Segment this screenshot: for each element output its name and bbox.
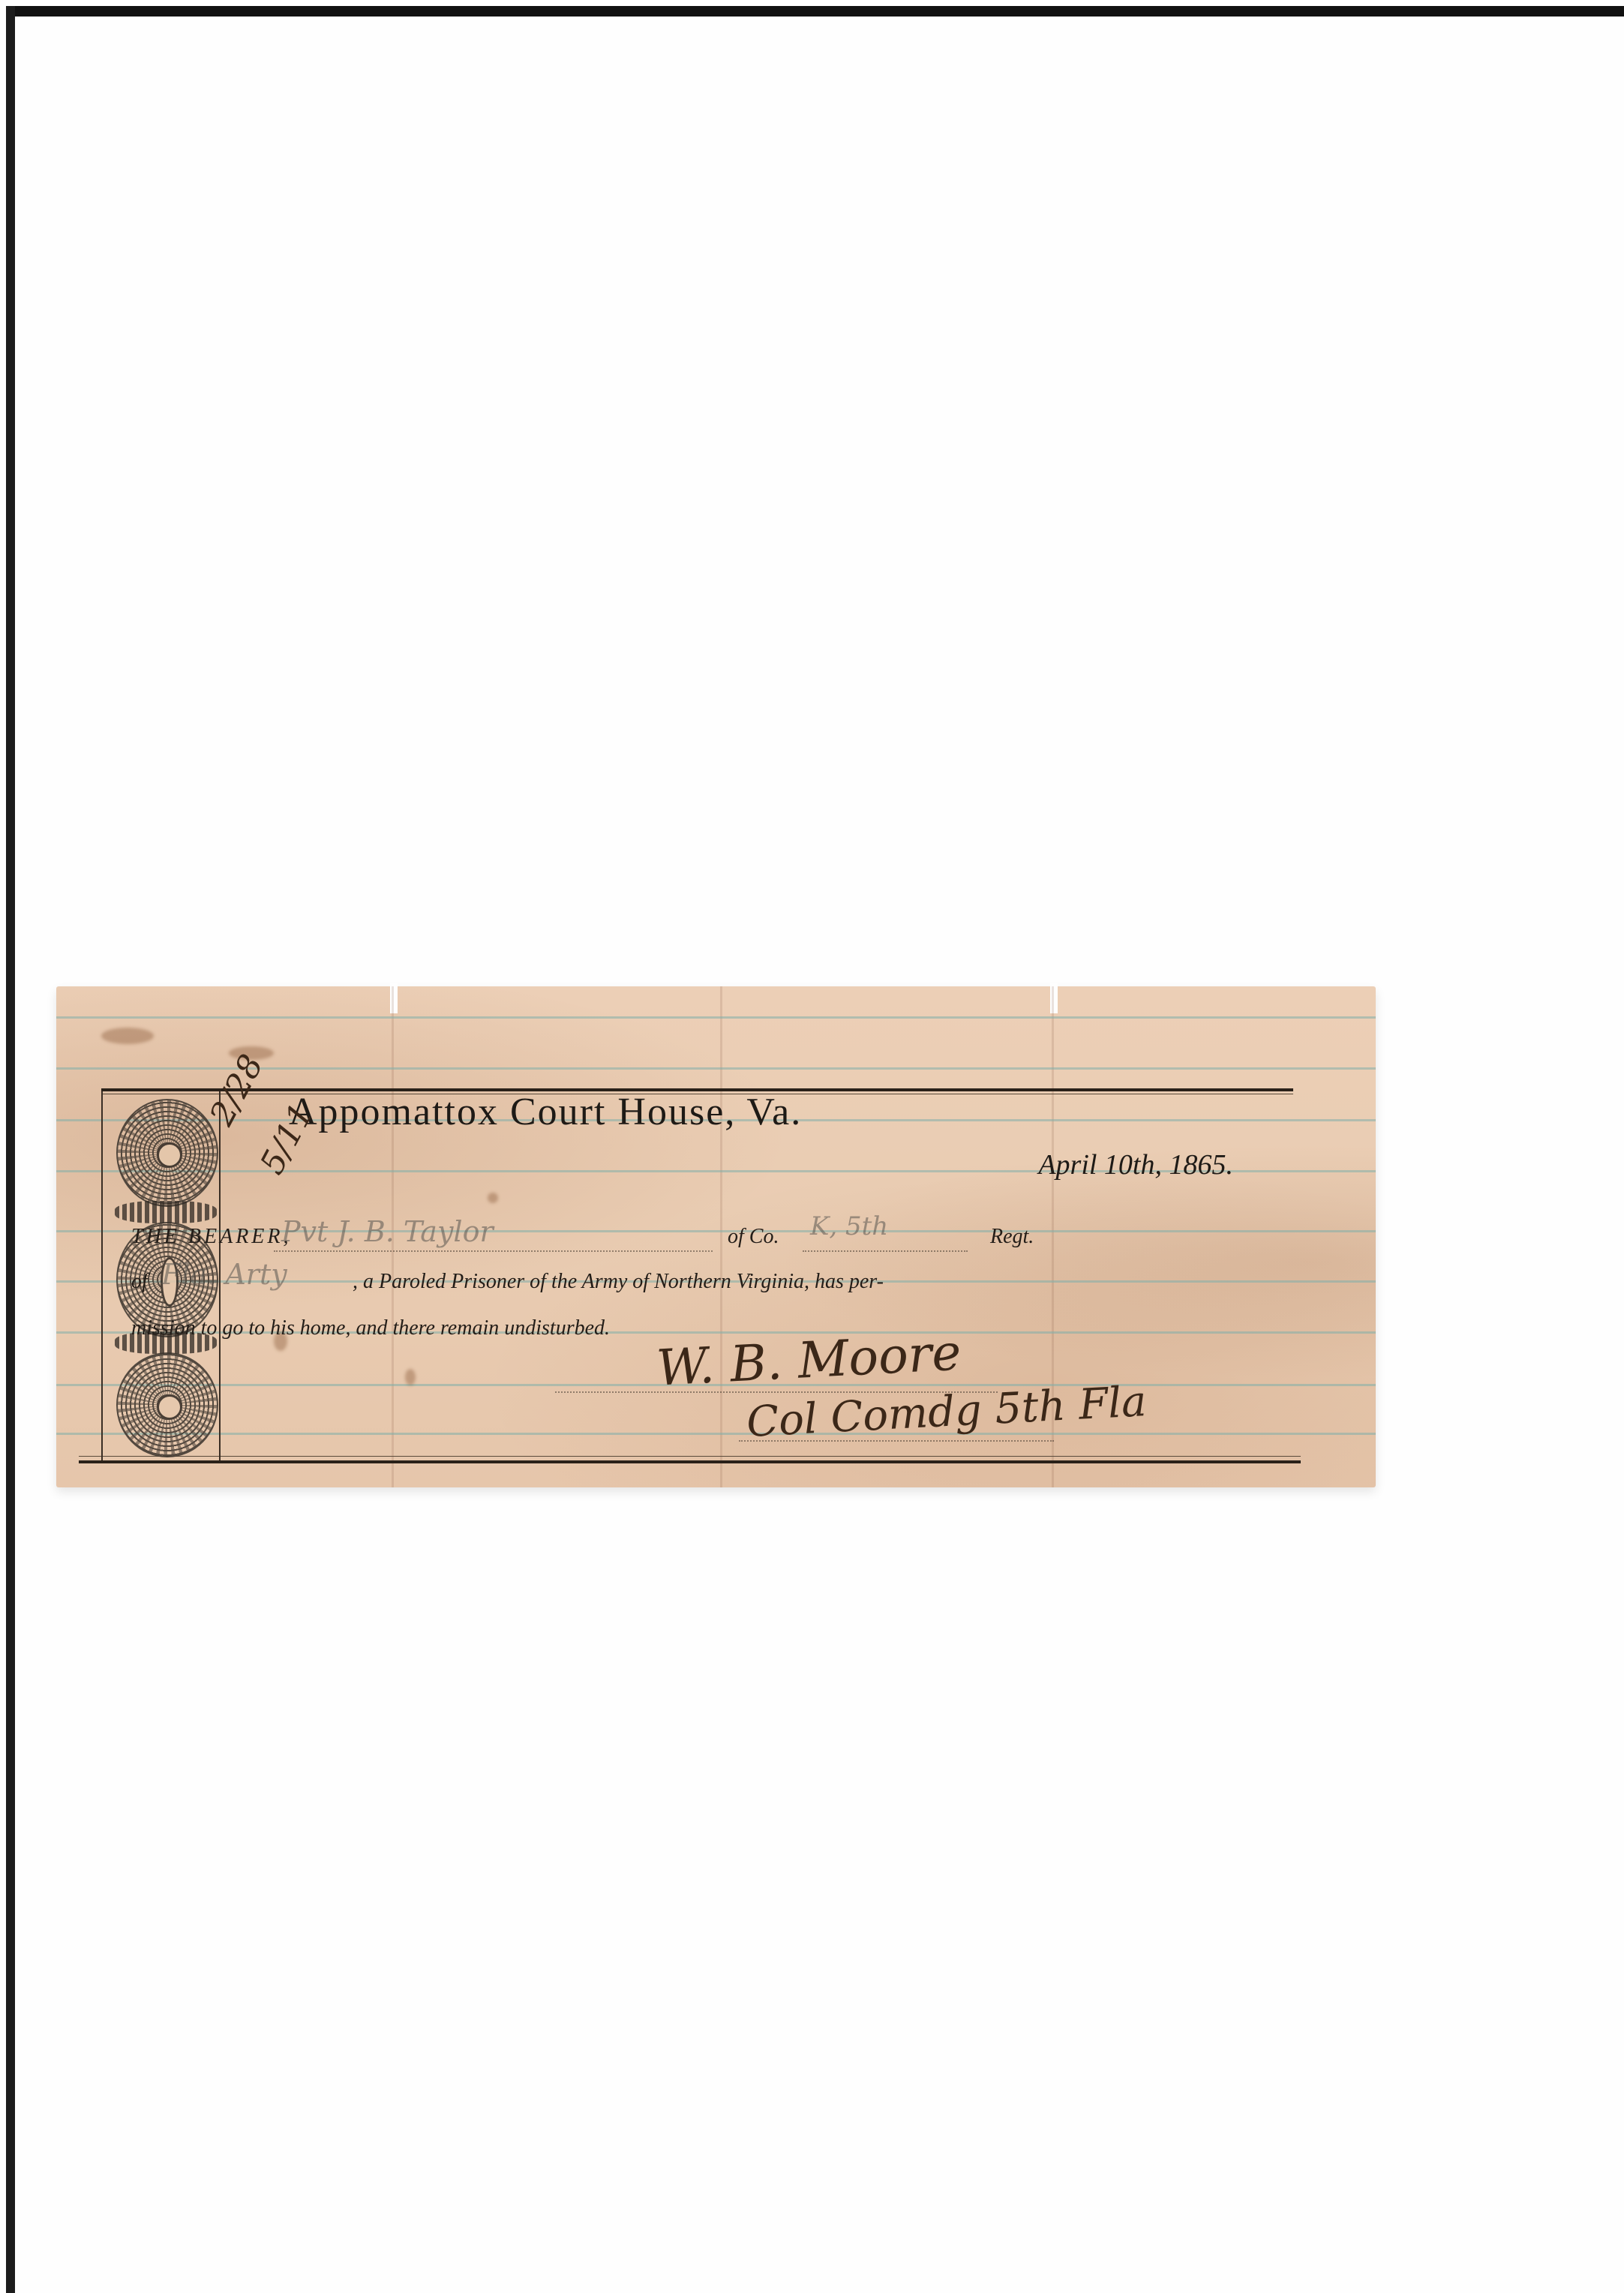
engraved-rosette-icon — [116, 1099, 218, 1207]
rule-line — [56, 1016, 1376, 1019]
frame-rule-bottom-thin — [79, 1456, 1301, 1457]
parole-text-line3: mission to go to his home, and there rem… — [131, 1316, 610, 1340]
bearer-label: THE BEARER, — [131, 1225, 292, 1249]
stain — [488, 1193, 498, 1203]
scanner-edge-top — [6, 6, 1624, 17]
parole-document: Appomattox Court House, Va. April 10th, … — [56, 986, 1376, 1487]
margin-note: 5/11 — [253, 1097, 321, 1181]
of-label: of — [131, 1270, 148, 1294]
title-blank — [739, 1440, 1054, 1442]
company-blank — [803, 1250, 968, 1252]
engraved-leaf-ornament-icon — [115, 1201, 217, 1223]
document-date: April 10th, 1865. — [1038, 1148, 1233, 1181]
stain — [405, 1369, 416, 1385]
regiment-label: Regt. — [990, 1225, 1034, 1249]
company-value: K, 5th — [810, 1211, 888, 1241]
frame-rule-bottom — [79, 1460, 1301, 1463]
bearer-name-blank — [274, 1250, 713, 1252]
engraved-rosette-icon — [116, 1352, 218, 1457]
bearer-name: Pvt J. B. Taylor — [281, 1215, 494, 1248]
fold-line — [720, 986, 722, 1487]
stain — [101, 1028, 154, 1044]
scanner-edge-left — [6, 6, 15, 2293]
parole-text-line2: , a Paroled Prisoner of the Army of Nort… — [353, 1270, 884, 1294]
unit-value: Fla. Arty — [161, 1258, 287, 1291]
document-heading: Appomattox Court House, Va. — [289, 1090, 802, 1134]
company-label: of Co. — [728, 1225, 779, 1249]
frame-border-left — [101, 1091, 103, 1460]
rule-line — [56, 1433, 1376, 1435]
